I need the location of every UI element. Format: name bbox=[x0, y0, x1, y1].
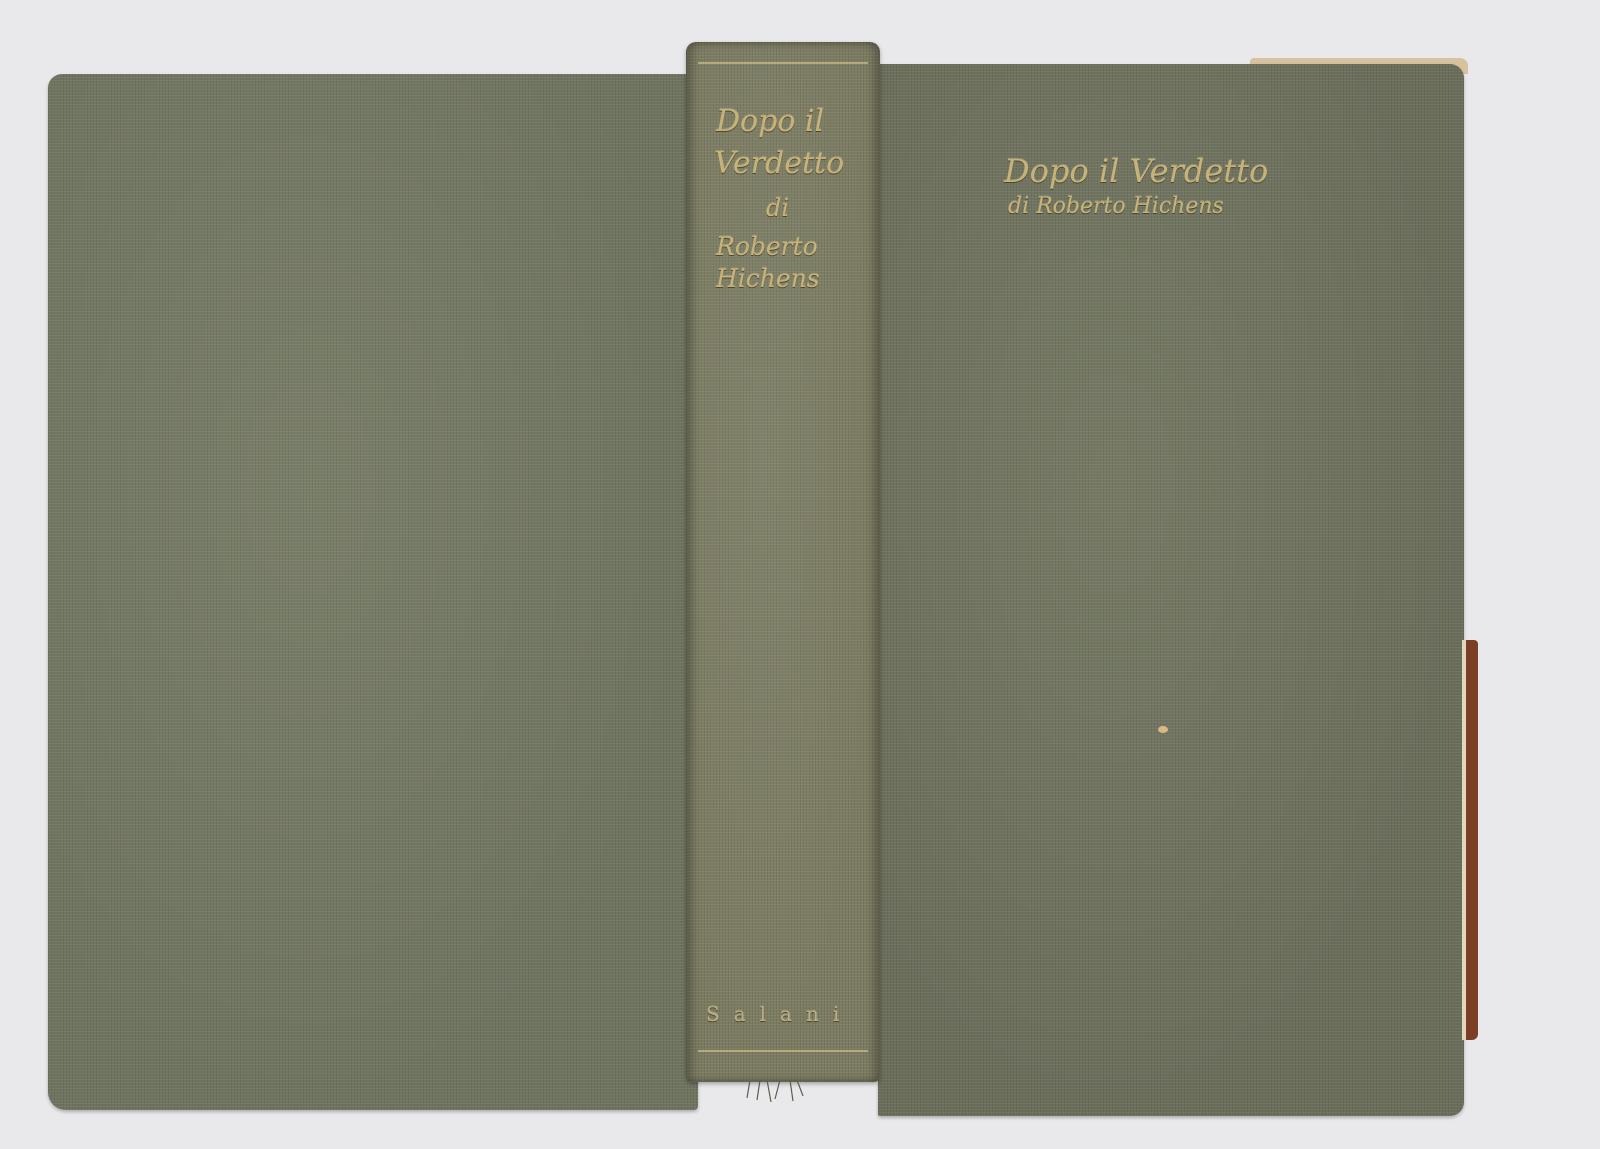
cover-stain bbox=[1158, 726, 1168, 733]
spine-author-line-1: Roberto bbox=[716, 232, 818, 261]
back-cover bbox=[48, 74, 698, 1110]
cover-author: di Roberto Hichens bbox=[1008, 194, 1224, 219]
front-cover: Dopo il Verdetto di Roberto Hichens bbox=[878, 64, 1464, 1116]
spine-author-line-2: Hichens bbox=[716, 264, 820, 293]
spine-by: di bbox=[766, 194, 789, 222]
page-fore-edge bbox=[1462, 640, 1478, 1040]
frayed-threads-icon bbox=[745, 1080, 805, 1102]
spine-publisher: Salani bbox=[706, 1002, 853, 1026]
spine-top-rule bbox=[698, 62, 868, 64]
spine-title-line-2: Verdetto bbox=[714, 146, 844, 181]
cover-title: Dopo il Verdetto bbox=[1004, 152, 1268, 190]
spine-title-line-1: Dopo il bbox=[716, 104, 824, 139]
spine-bottom-rule bbox=[698, 1050, 868, 1052]
book-spine: Dopo il Verdetto di Roberto Hichens Sala… bbox=[686, 42, 880, 1082]
